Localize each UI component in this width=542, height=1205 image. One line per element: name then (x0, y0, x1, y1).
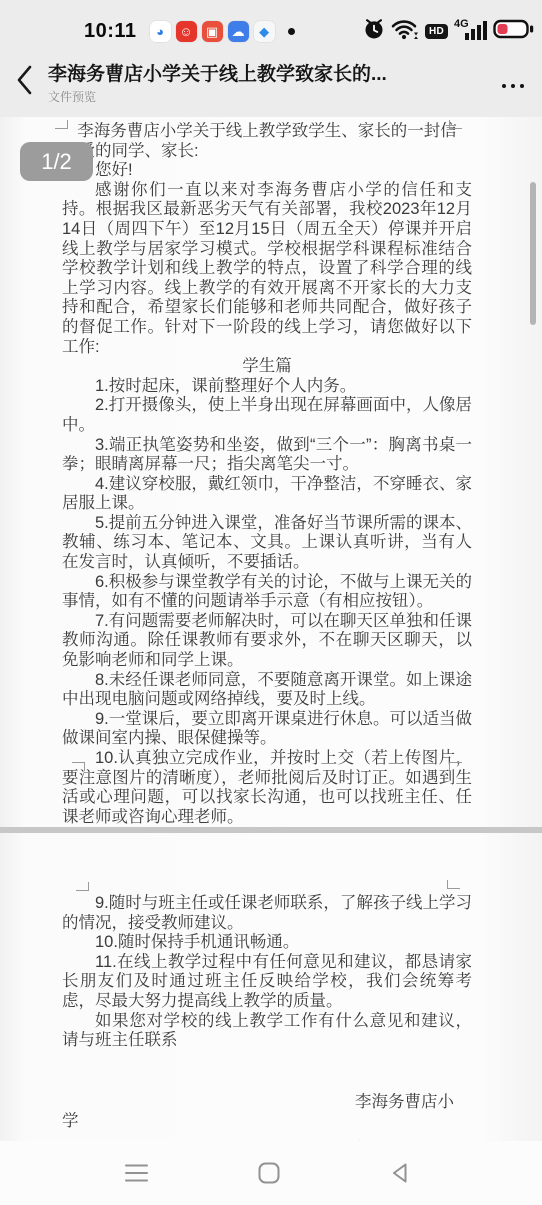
document-paragraph: 9.随时与班主任或任课老师联系，了解孩子线上学习的情况，接受教师建议。 (62, 894, 472, 933)
hd-call-icon: HD (425, 24, 448, 39)
document-viewer[interactable]: 1/2 李海务曹店小学关于线上教学致学生、家长的一封信亲爱的同学、家长:您好!感… (0, 117, 542, 1141)
document-paragraph: 6.积极参与课堂教学有关的讨论，不做与上课无关的事情，如有不懂的问题请举手示意（… (62, 573, 472, 612)
page-margin-mark (76, 882, 89, 891)
notification-icons: ◕☺▣☁◆ (150, 21, 275, 42)
page-margin-mark (55, 120, 68, 129)
preview-label: 文件预览 (48, 88, 492, 105)
document-paragraph: 10.随时保持手机通讯畅通。 (62, 933, 472, 953)
status-bar: 10:11 ◕☺▣☁◆ HD (0, 0, 542, 55)
wifi-icon (391, 18, 419, 45)
document-paragraph: 10.认真独立完成作业，并按时上交（若上传图片，要注意图片的清晰度），老师批阅后… (62, 749, 472, 827)
page-margin-mark (447, 880, 460, 889)
more-options-icon[interactable] (492, 72, 527, 93)
document-paragraph: 您好! (62, 161, 472, 181)
status-right-icons: HD 4G (363, 17, 534, 46)
home-icon[interactable] (257, 1161, 281, 1185)
back-nav-icon[interactable] (389, 1161, 412, 1185)
document-paragraph: 如果您对学校的线上教学工作有什么意见和建议，请与班主任联系 (62, 1012, 472, 1051)
document-paragraph: 学生篇 (62, 357, 472, 377)
page-indicator-badge: 1/2 (20, 142, 93, 181)
alarm-icon (363, 18, 385, 45)
file-title: 李海务曹店小学关于线上教学致家长的... (48, 59, 492, 86)
document-page-1: 李海务曹店小学关于线上教学致学生、家长的一封信亲爱的同学、家长:您好!感谢你们一… (0, 117, 542, 827)
signal-4g-icon: 4G (454, 17, 487, 46)
document-paragraph: 感谢你们一直以来对李海务曹店小学的信任和支持。根据我区最新恶劣天气有关部署，我校… (62, 181, 472, 357)
document-paragraph: 1.按时起床，课前整理好个人内务。 (62, 377, 472, 397)
document-paragraph: 11.在线上教学过程中有任何意见和建议，都恳请家长朋友们及时通过班主任反映给学校… (62, 953, 472, 1012)
document-paragraph: 亲爱的同学、家长: (62, 142, 472, 162)
document-paragraph: 李海务曹店小学关于线上教学致学生、家长的一封信 (62, 122, 472, 142)
page-margin-mark (449, 762, 462, 771)
page-1-text: 李海务曹店小学关于线上教学致学生、家长的一封信亲爱的同学、家长:您好!感谢你们一… (0, 122, 542, 827)
document-paragraph: 2.打开摄像头，使上半身出现在屏幕画面中，人像居中。 (62, 396, 472, 435)
svg-text:4G: 4G (454, 18, 469, 30)
notification-dot-icon (288, 28, 295, 35)
browser-app-icon: ◕ (150, 21, 171, 42)
back-button[interactable] (10, 61, 39, 104)
camera-app-icon: ▣ (202, 21, 223, 42)
document-paragraph: 5.提前五分钟进入课堂，准备好当节课所需的课本、教辅、练习本、笔记本、文具。上课… (62, 514, 472, 573)
scrollbar-thumb[interactable] (530, 182, 536, 325)
page-2-text: 9.随时与班主任或任课老师联系，了解孩子线上学习的情况，接受教师建议。10.随时… (0, 894, 542, 1141)
document-paragraph: 7.有问题需要老师解决时，可以在聊天区单独和任课教师沟通。除任课教师有要求外，不… (62, 612, 472, 671)
document-paragraph: 4.建议穿校服，戴红领巾，干净整洁，不穿睡衣、家居服上课。 (62, 475, 472, 514)
clock-time: 10:11 (84, 20, 137, 43)
document-page-2: 9.随时与班主任或任课老师联系，了解孩子线上学习的情况，接受教师建议。10.随时… (0, 833, 542, 1141)
battery-icon (493, 18, 534, 45)
cloud-app-icon: ☁ (228, 21, 249, 42)
recents-menu-icon[interactable] (124, 1162, 149, 1184)
document-paragraph: 李海务曹店小 (62, 1093, 472, 1113)
file-preview-header: 李海务曹店小学关于线上教学致家长的... 文件预览 (0, 55, 542, 117)
header-titles: 李海务曹店小学关于线上教学致家长的... 文件预览 (48, 59, 492, 105)
android-nav-bar (0, 1141, 542, 1205)
document-paragraph: 8.未经任课老师同意，不要随意离开课堂。如上课途中出现电脑问题或网络掉线，要及时… (62, 671, 472, 710)
leaf-app-icon: ◆ (254, 21, 275, 42)
document-paragraph: 9.一堂课后，要立即离开课桌进行休息。可以适当做做课间室内操、眼保健操等。 (62, 710, 472, 749)
document-paragraph: 3.端正执笔姿势和坐姿，做到“三个一”：胸离书桌一拳；眼睛离屏幕一尺；指尖离笔尖… (62, 436, 472, 475)
phone-screen: 10:11 ◕☺▣☁◆ HD (0, 0, 542, 1205)
document-paragraph: 学 (62, 1112, 472, 1132)
page-margin-mark (449, 120, 462, 129)
panda-app-icon: ☺ (176, 21, 197, 42)
page-margin-mark (72, 762, 85, 771)
